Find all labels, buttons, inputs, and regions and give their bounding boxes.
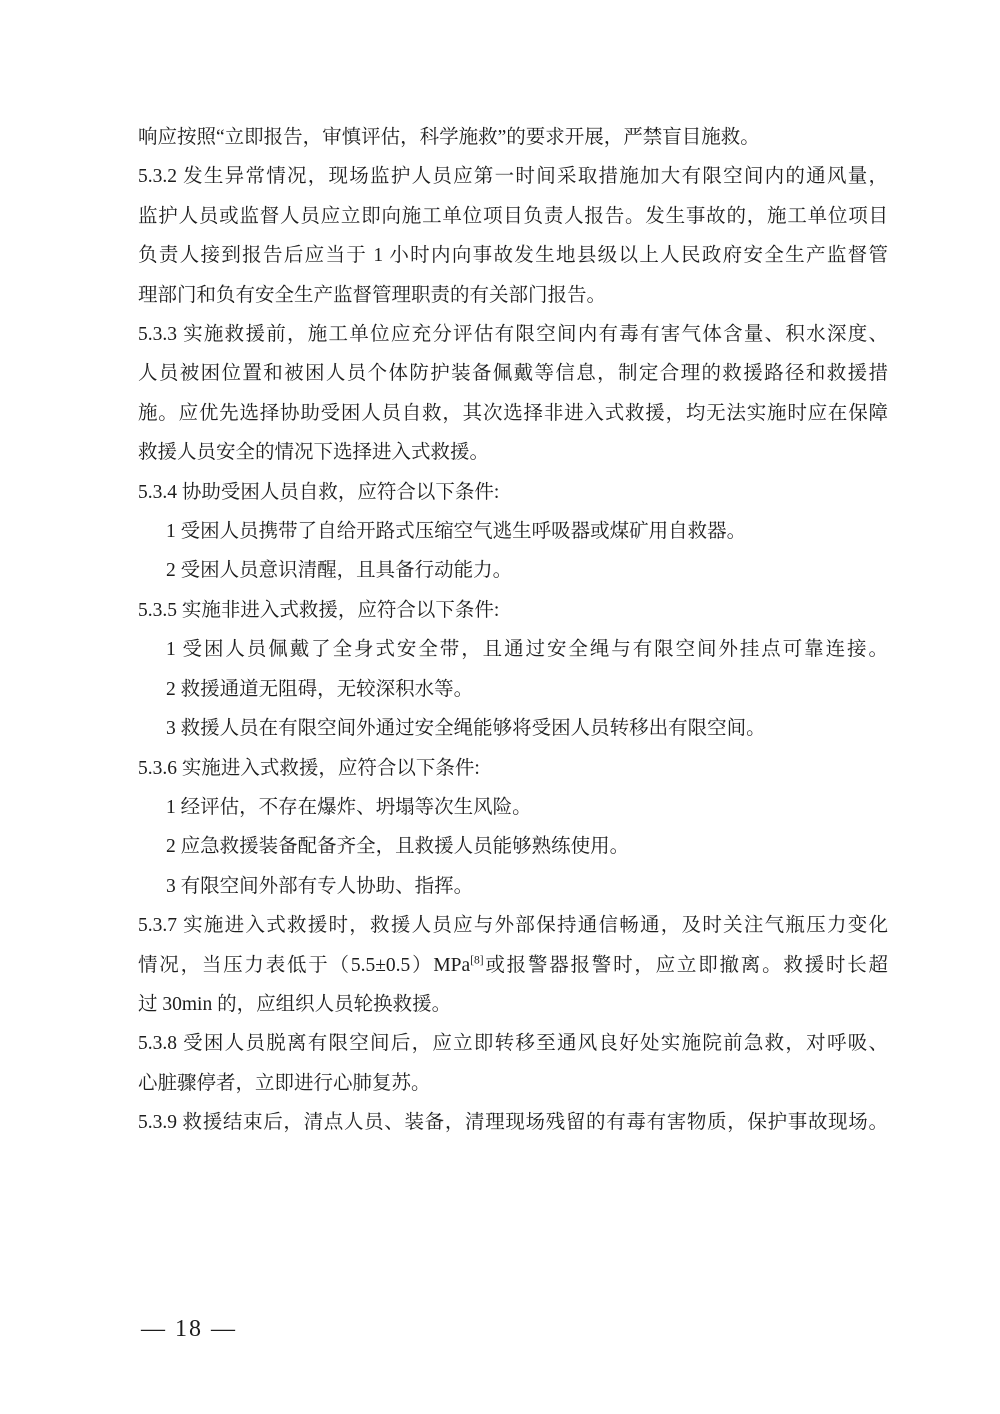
text-segment: 1 受困人员携带了自给开路式压缩空气逃生呼吸器或煤矿用自救器。 bbox=[166, 521, 746, 542]
text-line: 5.3.7 实施进入式救援时，救援人员应与外部保持通信畅通，及时关注气瓶压力变化 bbox=[138, 906, 888, 945]
item-5.3.4-2: 2 受困人员意识清醒，且具备行动能力。 bbox=[138, 551, 888, 590]
text-segment: 心脏骤停者，立即进行心肺复苏。 bbox=[138, 1073, 431, 1094]
text-segment: 1 经评估，不存在爆炸、坍塌等次生风险。 bbox=[166, 797, 532, 818]
text-segment: 施。应优先选择协助受困人员自救，其次选择非进入式救援，均无法实施时应在保障 bbox=[138, 403, 888, 424]
text-line: 负责人接到报告后应当于 1 小时内向事故发生地县级以上人民政府安全生产监督管 bbox=[138, 236, 888, 275]
text-segment: 监护人员或监督人员应立即向施工单位项目负责人报告。发生事故的，施工单位项目 bbox=[138, 206, 888, 227]
item-5.3.6-2: 2 应急救援装备配备齐全，且救援人员能够熟练使用。 bbox=[138, 827, 888, 866]
text-segment: 5.3.3 实施救援前，施工单位应充分评估有限空间内有毒有害气体含量、积水深度、 bbox=[138, 324, 888, 345]
text-segment: 过 30min 的，应组织人员轮换救援。 bbox=[138, 994, 451, 1015]
document-body: 响应按照“立即报告，审慎评估，科学施救”的要求开展，严禁盲目施救。5.3.2 发… bbox=[138, 118, 888, 1143]
text-line: 情况，当压力表低于（5.5±0.5）MPa[8]或报警器报警时，应立即撤离。救援… bbox=[138, 946, 888, 985]
text-line: 3 有限空间外部有专人协助、指挥。 bbox=[138, 867, 888, 906]
item-5.3.4-1: 1 受困人员携带了自给开路式压缩空气逃生呼吸器或煤矿用自救器。 bbox=[138, 512, 888, 551]
text-segment: 人员被困位置和被困人员个体防护装备佩戴等信息，制定合理的救援路径和救援措 bbox=[138, 363, 888, 384]
text-line: 5.3.5 实施非进入式救援，应符合以下条件: bbox=[138, 591, 888, 630]
text-segment: 3 救援人员在有限空间外通过安全绳能够将受困人员转移出有限空间。 bbox=[166, 718, 766, 739]
text-segment: 5.3.5 实施非进入式救援，应符合以下条件: bbox=[138, 600, 499, 621]
text-segment: 5.3.2 发生异常情况，现场监护人员应第一时间采取措施加大有限空间内的通风量， bbox=[138, 166, 888, 187]
text-segment: 救援人员安全的情况下选择进入式救援。 bbox=[138, 442, 489, 463]
text-segment: 3 有限空间外部有专人协助、指挥。 bbox=[166, 876, 473, 897]
item-5.3.5-2: 2 救援通道无阻碍，无较深积水等。 bbox=[138, 670, 888, 709]
clause-5.3.1-continuation: 响应按照“立即报告，审慎评估，科学施救”的要求开展，严禁盲目施救。 bbox=[138, 118, 888, 157]
page-number: — 18 — bbox=[141, 1316, 237, 1342]
text-segment: 负责人接到报告后应当于 1 小时内向事故发生地县级以上人民政府安全生产监督管 bbox=[138, 245, 888, 266]
clause-5.3.2: 5.3.2 发生异常情况，现场监护人员应第一时间采取措施加大有限空间内的通风量，… bbox=[138, 157, 888, 315]
text-line: 1 经评估，不存在爆炸、坍塌等次生风险。 bbox=[138, 788, 888, 827]
clause-5.3.9: 5.3.9 救援结束后，清点人员、装备，清理现场残留的有毒有害物质，保护事故现场… bbox=[138, 1103, 888, 1142]
text-line: 过 30min 的，应组织人员轮换救援。 bbox=[138, 985, 888, 1024]
text-segment: 或报警器报警时，应立即撤离。救援时长超 bbox=[484, 955, 888, 976]
text-line: 5.3.4 协助受困人员自救，应符合以下条件: bbox=[138, 473, 888, 512]
text-segment: 情况，当压力表低于（5.5±0.5）MPa bbox=[138, 955, 470, 976]
text-segment: 5.3.9 救援结束后，清点人员、装备，清理现场残留的有毒有害物质，保护事故现场… bbox=[138, 1112, 888, 1133]
clause-5.3.3: 5.3.3 实施救援前，施工单位应充分评估有限空间内有毒有害气体含量、积水深度、… bbox=[138, 315, 888, 473]
superscript-reference: [8] bbox=[470, 954, 483, 966]
text-line: 1 受困人员携带了自给开路式压缩空气逃生呼吸器或煤矿用自救器。 bbox=[138, 512, 888, 551]
text-segment: 理部门和负有安全生产监督管理职责的有关部门报告。 bbox=[138, 285, 606, 306]
text-line: 施。应优先选择协助受困人员自救，其次选择非进入式救援，均无法实施时应在保障 bbox=[138, 394, 888, 433]
text-line: 2 救援通道无阻碍，无较深积水等。 bbox=[138, 670, 888, 709]
text-line: 人员被困位置和被困人员个体防护装备佩戴等信息，制定合理的救援路径和救援措 bbox=[138, 354, 888, 393]
item-5.3.5-3: 3 救援人员在有限空间外通过安全绳能够将受困人员转移出有限空间。 bbox=[138, 709, 888, 748]
item-5.3.6-1: 1 经评估，不存在爆炸、坍塌等次生风险。 bbox=[138, 788, 888, 827]
clause-5.3.6: 5.3.6 实施进入式救援，应符合以下条件: bbox=[138, 749, 888, 788]
text-segment: 2 应急救援装备配备齐全，且救援人员能够熟练使用。 bbox=[166, 836, 629, 857]
text-segment: 5.3.6 实施进入式救援，应符合以下条件: bbox=[138, 758, 480, 779]
text-line: 5.3.3 实施救援前，施工单位应充分评估有限空间内有毒有害气体含量、积水深度、 bbox=[138, 315, 888, 354]
text-line: 5.3.9 救援结束后，清点人员、装备，清理现场残留的有毒有害物质，保护事故现场… bbox=[138, 1103, 888, 1142]
item-5.3.5-1: 1 受困人员佩戴了全身式安全带，且通过安全绳与有限空间外挂点可靠连接。 bbox=[138, 630, 888, 669]
clause-5.3.4: 5.3.4 协助受困人员自救，应符合以下条件: bbox=[138, 473, 888, 512]
text-line: 心脏骤停者，立即进行心肺复苏。 bbox=[138, 1064, 888, 1103]
item-5.3.6-3: 3 有限空间外部有专人协助、指挥。 bbox=[138, 867, 888, 906]
text-segment: 5.3.4 协助受困人员自救，应符合以下条件: bbox=[138, 482, 499, 503]
text-line: 3 救援人员在有限空间外通过安全绳能够将受困人员转移出有限空间。 bbox=[138, 709, 888, 748]
page-footer: — 18 — bbox=[141, 1312, 237, 1346]
text-line: 5.3.8 受困人员脱离有限空间后，应立即转移至通风良好处实施院前急救，对呼吸、 bbox=[138, 1024, 888, 1063]
clause-5.3.7: 5.3.7 实施进入式救援时，救援人员应与外部保持通信畅通，及时关注气瓶压力变化… bbox=[138, 906, 888, 1024]
text-segment: 5.3.7 实施进入式救援时，救援人员应与外部保持通信畅通，及时关注气瓶压力变化 bbox=[138, 915, 888, 936]
text-line: 5.3.6 实施进入式救援，应符合以下条件: bbox=[138, 749, 888, 788]
text-line: 救援人员安全的情况下选择进入式救援。 bbox=[138, 433, 888, 472]
text-segment: 2 受困人员意识清醒，且具备行动能力。 bbox=[166, 560, 512, 581]
text-line: 响应按照“立即报告，审慎评估，科学施救”的要求开展，严禁盲目施救。 bbox=[138, 118, 888, 157]
text-segment: 2 救援通道无阻碍，无较深积水等。 bbox=[166, 679, 473, 700]
text-line: 2 受困人员意识清醒，且具备行动能力。 bbox=[138, 551, 888, 590]
text-segment: 5.3.8 受困人员脱离有限空间后，应立即转移至通风良好处实施院前急救，对呼吸、 bbox=[138, 1033, 888, 1054]
text-line: 监护人员或监督人员应立即向施工单位项目负责人报告。发生事故的，施工单位项目 bbox=[138, 197, 888, 236]
text-segment: 1 受困人员佩戴了全身式安全带，且通过安全绳与有限空间外挂点可靠连接。 bbox=[166, 639, 888, 660]
text-line: 2 应急救援装备配备齐全，且救援人员能够熟练使用。 bbox=[138, 827, 888, 866]
text-line: 5.3.2 发生异常情况，现场监护人员应第一时间采取措施加大有限空间内的通风量， bbox=[138, 157, 888, 196]
clause-5.3.8: 5.3.8 受困人员脱离有限空间后，应立即转移至通风良好处实施院前急救，对呼吸、… bbox=[138, 1024, 888, 1103]
clause-5.3.5: 5.3.5 实施非进入式救援，应符合以下条件: bbox=[138, 591, 888, 630]
text-line: 理部门和负有安全生产监督管理职责的有关部门报告。 bbox=[138, 276, 888, 315]
text-line: 1 受困人员佩戴了全身式安全带，且通过安全绳与有限空间外挂点可靠连接。 bbox=[138, 630, 888, 669]
text-segment: 响应按照“立即报告，审慎评估，科学施救”的要求开展，严禁盲目施救。 bbox=[138, 127, 760, 148]
document-page: 响应按照“立即报告，审慎评估，科学施救”的要求开展，严禁盲目施救。5.3.2 发… bbox=[0, 0, 1000, 1414]
